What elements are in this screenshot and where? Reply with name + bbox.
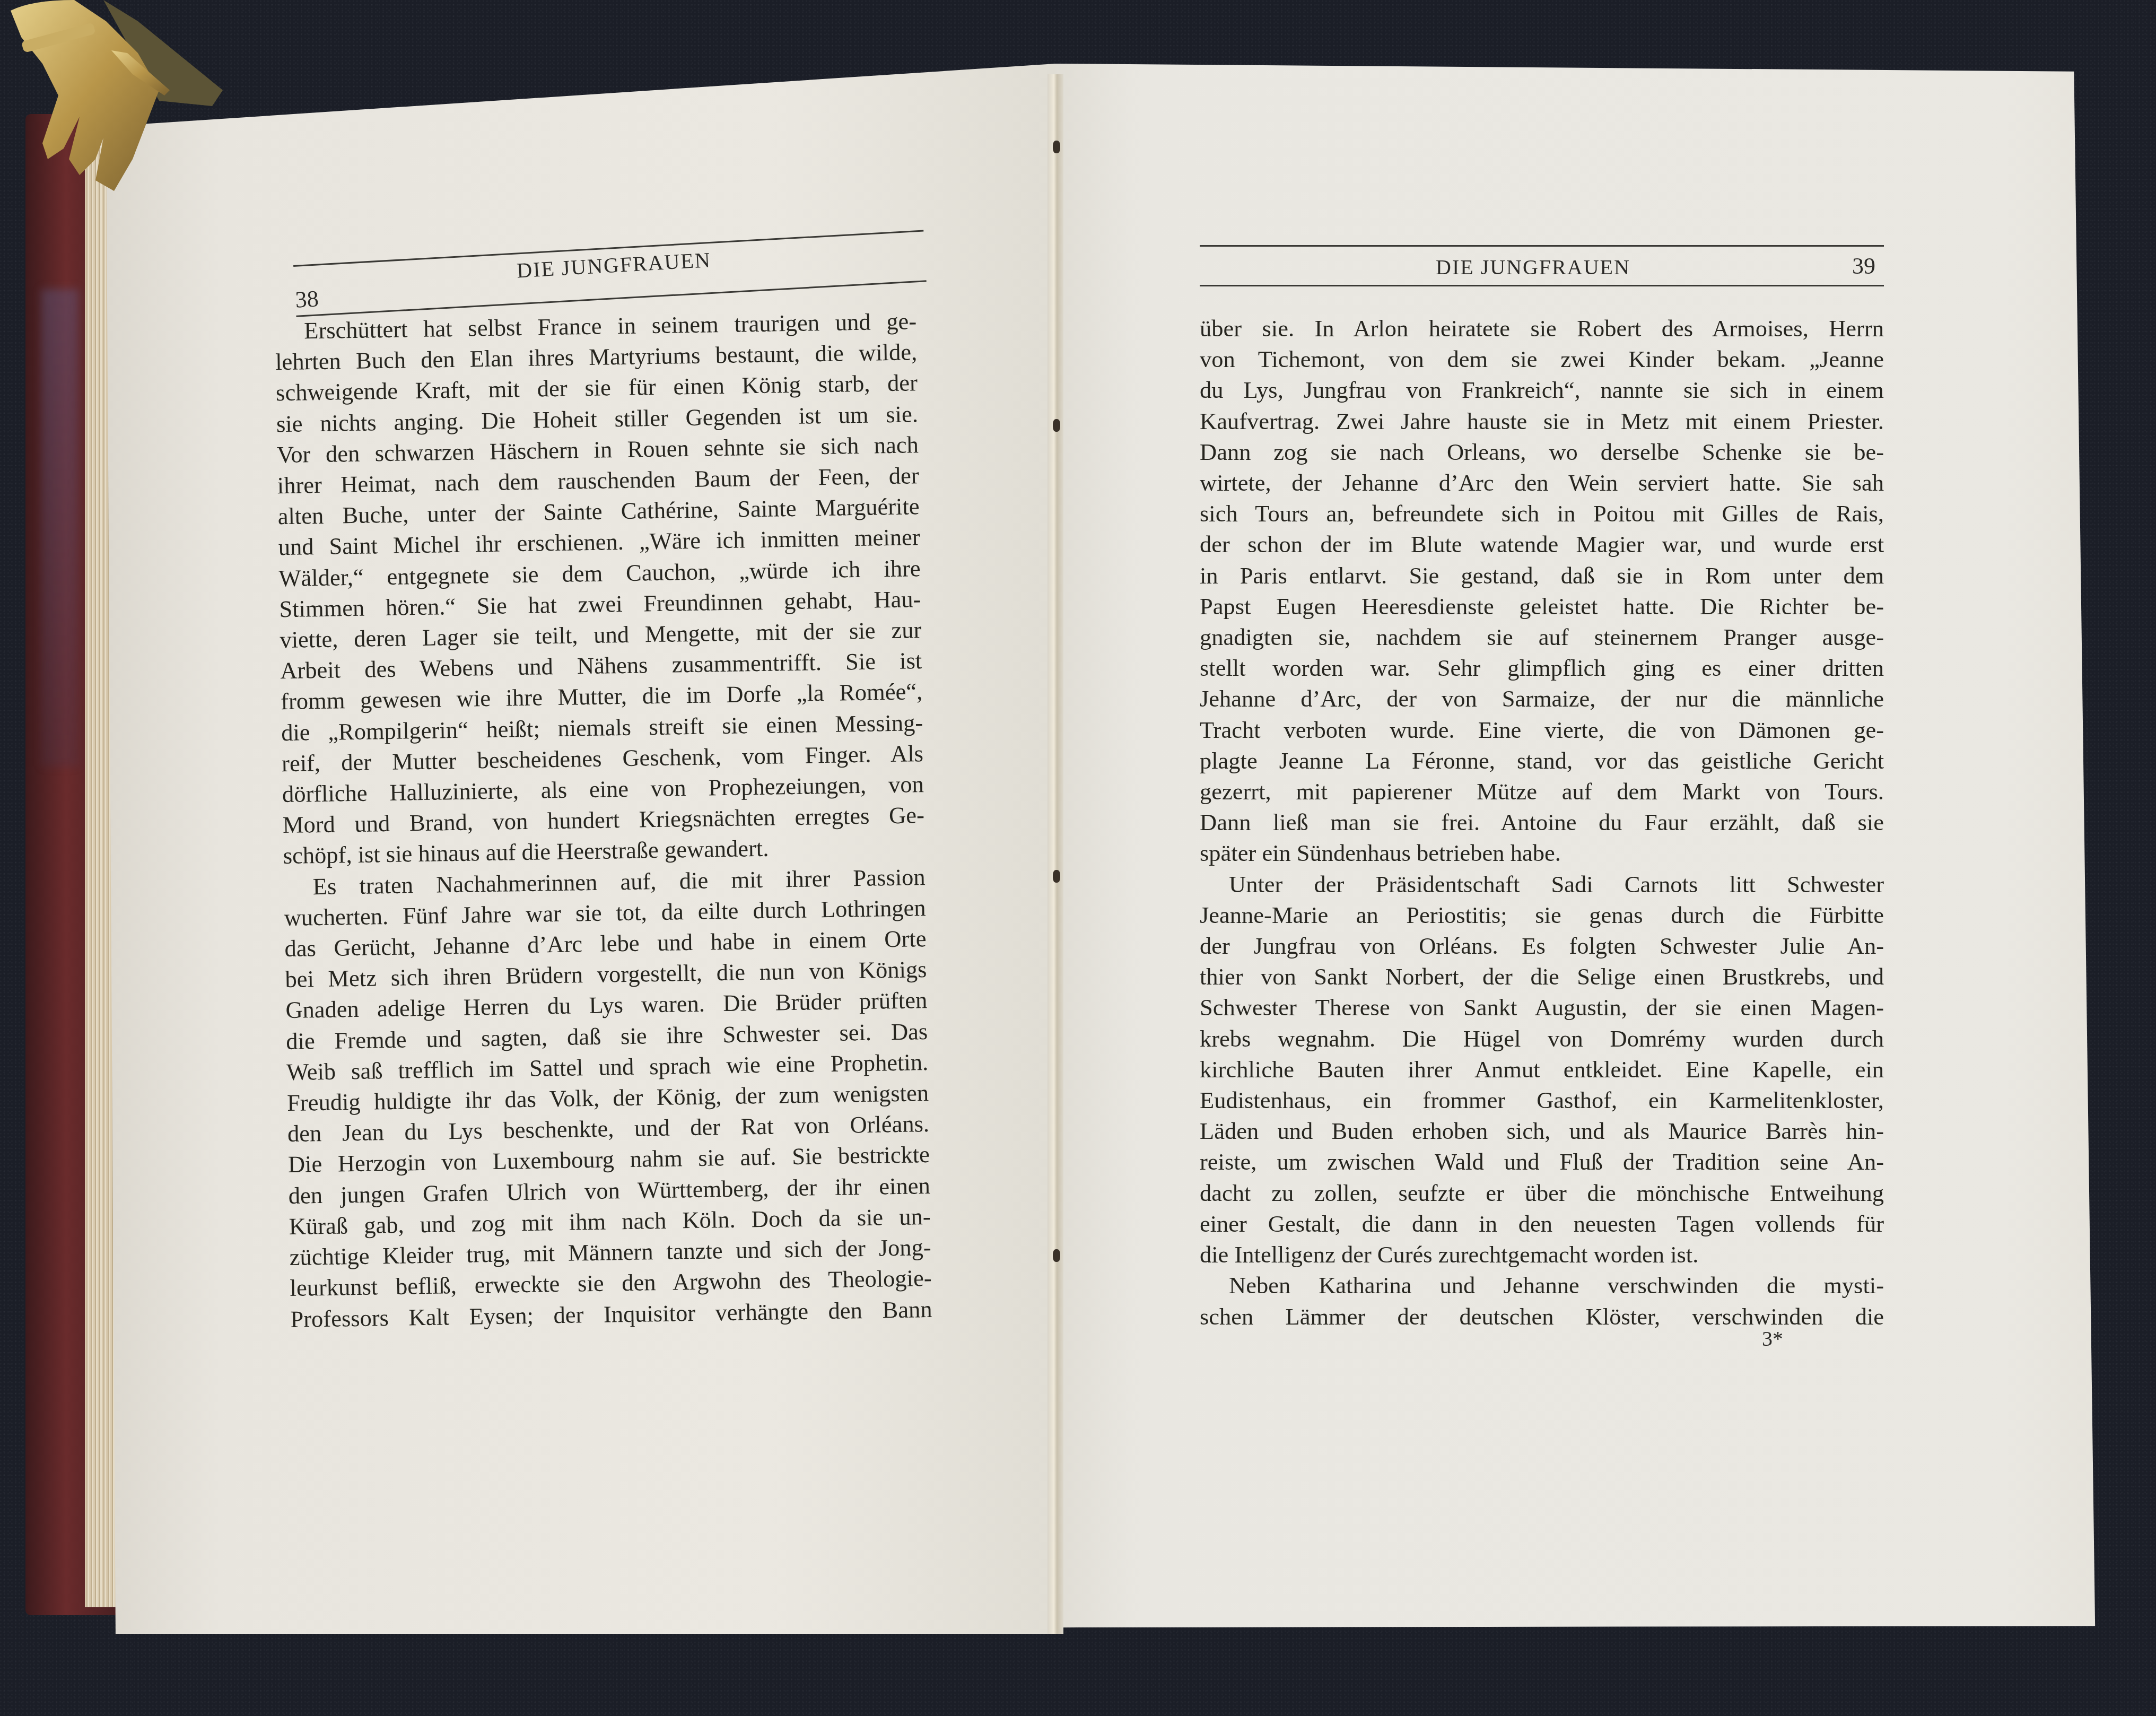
signature-mark: 3* — [1762, 1326, 1783, 1351]
text-line: Läden und Buden erhoben sich, und als Ma… — [1200, 1116, 1884, 1146]
text-line: später ein Sündenhaus betrieben habe. — [1200, 838, 1884, 868]
text-line: die Intelligenz der Curés zurechtgemacht… — [1200, 1239, 1884, 1270]
text-line: einer Gestalt, die dann in den neuesten … — [1200, 1208, 1884, 1239]
text-line: Neben Katharina und Jehanne verschwinden… — [1200, 1270, 1884, 1301]
text-line: über sie. In Arlon heiratete sie Robert … — [1200, 313, 1884, 344]
text-line: in Paris entlarvt. Sie gestand, daß sie … — [1200, 560, 1884, 591]
running-title: DIE JUNGFRAUEN — [1436, 255, 1630, 280]
text-line: Unter der Präsidentschaft Sadi Carnots l… — [1200, 869, 1884, 900]
text-line: Papst Eugen Heeresdienste geleistet hatt… — [1200, 591, 1884, 622]
binding-stitch — [1053, 870, 1060, 883]
text-line: Eudistenhaus, ein frommer Gasthof, ein K… — [1200, 1085, 1884, 1116]
book-gutter — [1048, 74, 1063, 1634]
text-line: sich Tours an, befreundete sich in Poito… — [1200, 498, 1884, 529]
text-line: krebs wegnahm. Die Hügel von Domrémy wur… — [1200, 1023, 1884, 1054]
text-line: Tracht verboten wurde. Eine vierte, die … — [1200, 715, 1884, 745]
text-line: von Tichemont, von dem sie zwei Kinder b… — [1200, 344, 1884, 374]
header-rule-top — [1200, 245, 1884, 247]
text-line: dacht zu zollen, seufzte er über die mön… — [1200, 1178, 1884, 1208]
text-line: stellt worden war. Sehr glimpflich ging … — [1200, 652, 1884, 683]
text-line: gnadigten sie, nachdem sie auf steinerne… — [1200, 622, 1884, 652]
left-page-body: Erschüttert hat selbst France in seinem … — [275, 306, 932, 1334]
text-line: Jeanne-Marie an Periostitis; sie genas d… — [1200, 900, 1884, 930]
text-line: Kaufvertrag. Zwei Jahre hauste sie in Me… — [1200, 406, 1884, 437]
text-line: Jehanne d’Arc, der von Sarmaize, der nur… — [1200, 683, 1884, 714]
text-line: der schon der im Blute watende Magier wa… — [1200, 529, 1884, 560]
binding-stitch — [1053, 141, 1060, 153]
text-line: Schwester Therese von Sankt Augustin, de… — [1200, 992, 1884, 1023]
text-line: der Jungfrau von Orléans. Es folgten Sch… — [1200, 930, 1884, 961]
right-page-body: über sie. In Arlon heiratete sie Robert … — [1200, 313, 1884, 1332]
text-line: thier von Sankt Norbert, der die Selige … — [1200, 961, 1884, 992]
text-line: plagte Jeanne La Féronne, stand, vor das… — [1200, 745, 1884, 776]
text-line: du Lys, Jungfrau von Frankreich“, nannte… — [1200, 374, 1884, 405]
page-number: 38 — [294, 285, 319, 313]
text-line: Dann ließ man sie frei. Antoine du Faur … — [1200, 807, 1884, 838]
text-line: reiste, um zwischen Wald und Fluß der Tr… — [1200, 1146, 1884, 1177]
page-number: 39 — [1852, 252, 1875, 280]
text-line: gezerrt, mit papierener Mütze auf dem Ma… — [1200, 776, 1884, 807]
text-line: wirtete, der Jehanne d’Arc den Wein serv… — [1200, 467, 1884, 498]
brass-hand-bookmark-icon[interactable] — [0, 0, 223, 196]
running-header-right: DIE JUNGFRAUEN 39 — [1200, 245, 1884, 298]
binding-stitch — [1053, 1249, 1060, 1262]
text-line: Dann zog sie nach Orleans, wo derselbe S… — [1200, 437, 1884, 467]
header-rule-bottom — [1200, 285, 1884, 286]
binding-stitch — [1053, 419, 1060, 432]
text-line: kirchliche Bauten ihrer Anmut entkleidet… — [1200, 1054, 1884, 1085]
